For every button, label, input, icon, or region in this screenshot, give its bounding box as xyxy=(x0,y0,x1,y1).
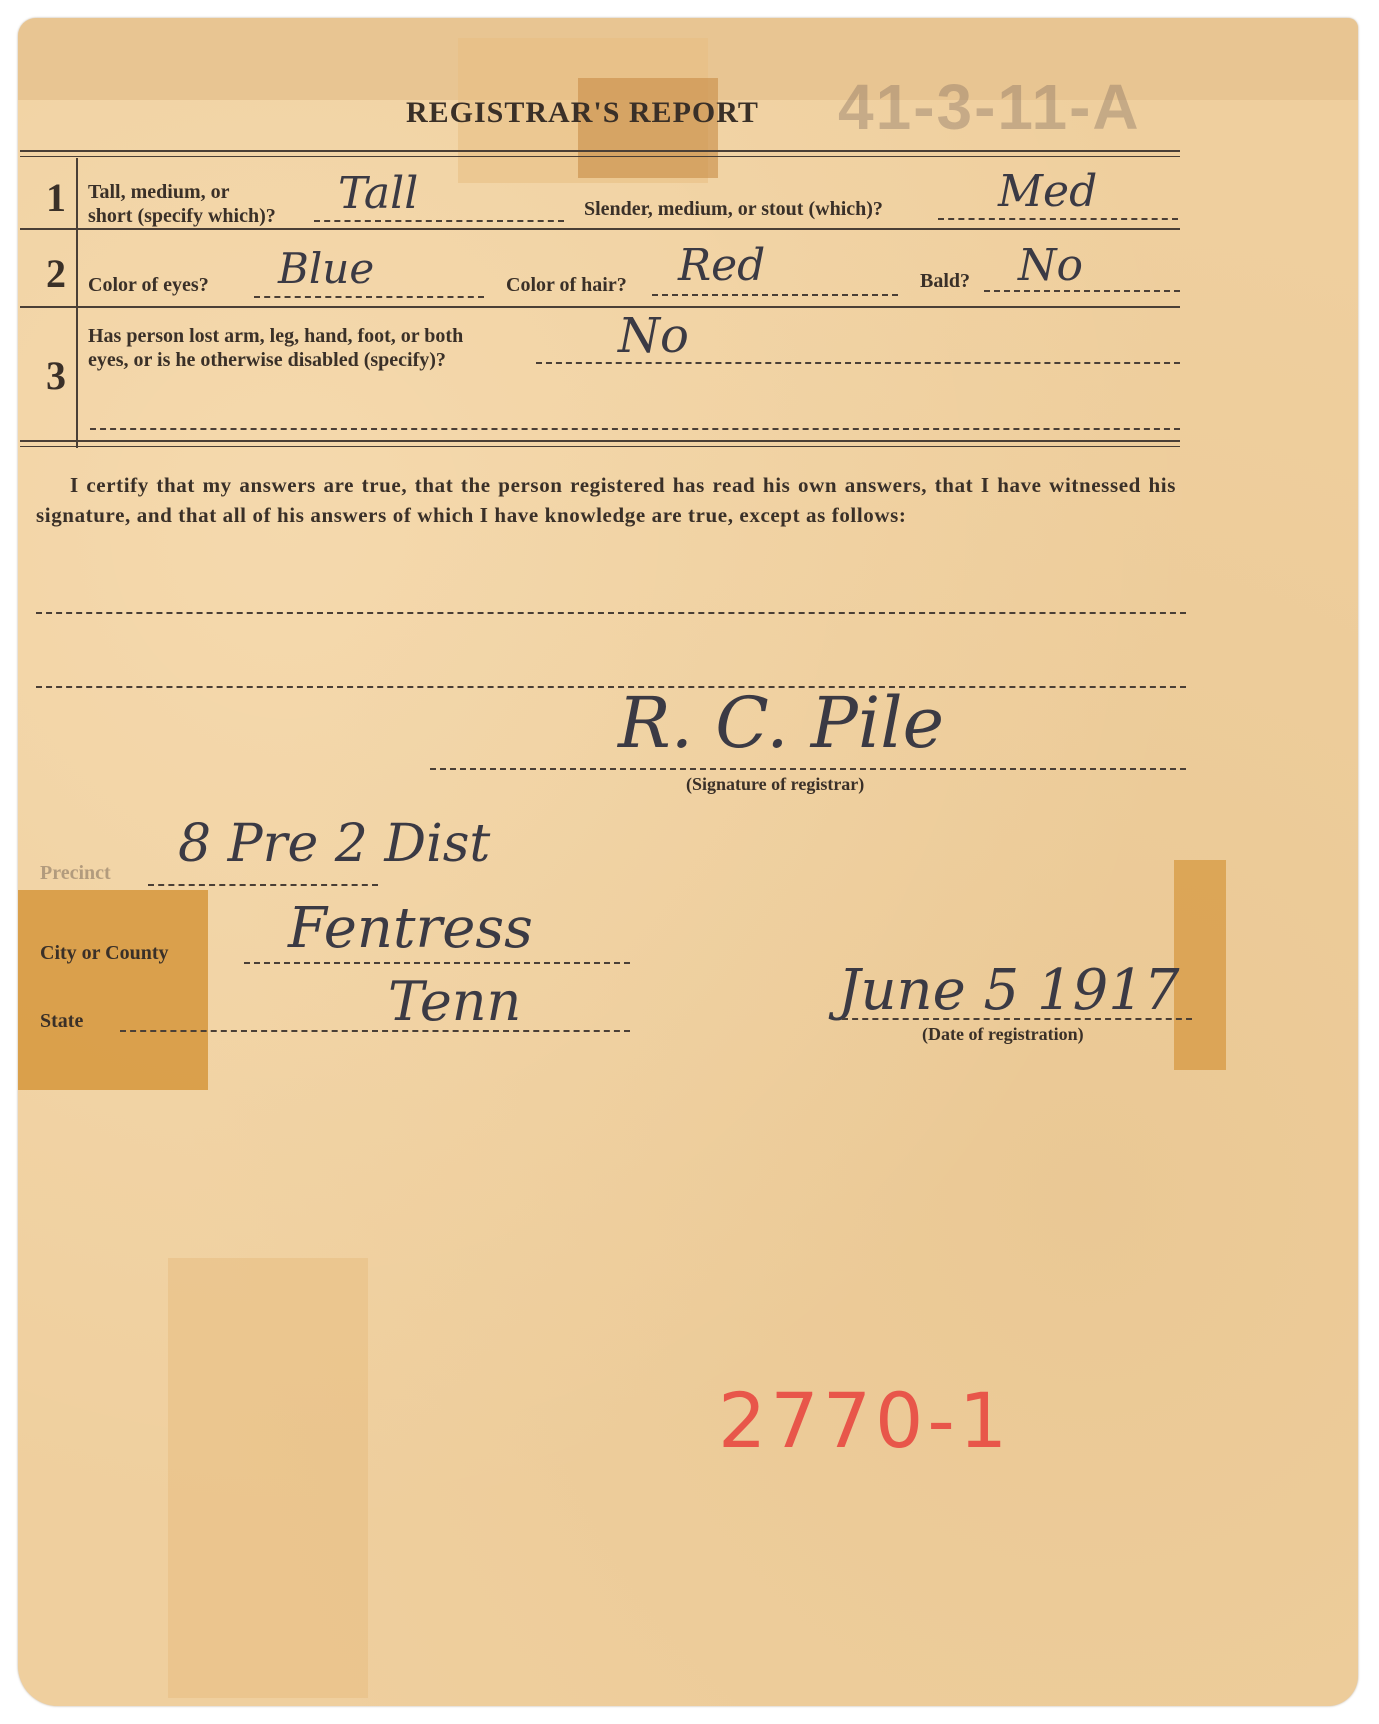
build-question: Slender, medium, or stout (which)? xyxy=(584,198,883,221)
hair-question: Color of hair? xyxy=(506,274,627,297)
stamp-number: 41-3-11-A xyxy=(838,70,1141,144)
signature-caption: (Signature of registrar) xyxy=(686,774,864,795)
precinct-label: Precinct xyxy=(40,862,111,885)
precinct-value: 8 Pre 2 Dist xyxy=(178,814,490,874)
exception-line xyxy=(36,612,1186,614)
tape-bottom xyxy=(168,1258,368,1698)
build-answer: Med xyxy=(998,166,1097,217)
bald-answer: No xyxy=(1018,240,1083,291)
hair-answer: Red xyxy=(678,240,765,291)
height-question: Tall, medium, or short (specify which)? xyxy=(88,180,276,228)
page-title: REGISTRAR'S REPORT xyxy=(406,96,759,130)
divider xyxy=(20,440,1180,442)
answer-line xyxy=(90,428,1180,430)
tape-left xyxy=(18,890,208,1090)
column-divider xyxy=(76,158,78,448)
signature-line xyxy=(430,768,1186,770)
answer-line xyxy=(314,220,564,222)
divider xyxy=(20,446,1180,447)
city-county-label: City or County xyxy=(40,942,169,965)
divider xyxy=(20,156,1180,157)
divider xyxy=(20,228,1180,230)
file-number: 2770-1 xyxy=(718,1376,1011,1465)
disability-answer: No xyxy=(618,308,689,364)
divider xyxy=(20,150,1180,152)
row-number: 2 xyxy=(46,250,66,297)
label-line: short (specify which)? xyxy=(88,204,276,228)
label-line: eyes, or is he otherwise disabled (speci… xyxy=(88,348,463,372)
registrar-report-card: 41-3-11-A REGISTRAR'S REPORT 1 Tall, med… xyxy=(18,18,1358,1706)
state-value: Tenn xyxy=(388,970,521,1033)
state-label: State xyxy=(40,1010,83,1033)
bald-question: Bald? xyxy=(920,270,970,293)
row-number: 3 xyxy=(46,352,66,399)
label-line: Has person lost arm, leg, hand, foot, or… xyxy=(88,324,463,348)
date-caption: (Date of registration) xyxy=(922,1024,1084,1045)
answer-line xyxy=(254,296,484,298)
answer-line xyxy=(938,218,1178,220)
row-number: 1 xyxy=(46,174,66,221)
disability-question: Has person lost arm, leg, hand, foot, or… xyxy=(88,324,463,372)
certification-text: I certify that my answers are true, that… xyxy=(36,470,1176,530)
answer-line xyxy=(652,294,898,296)
eyes-question: Color of eyes? xyxy=(88,274,209,297)
precinct-line xyxy=(148,884,378,886)
registrar-signature: R. C. Pile xyxy=(618,682,944,764)
divider xyxy=(20,306,1180,308)
label-line: Tall, medium, or xyxy=(88,180,276,204)
eyes-answer: Blue xyxy=(278,244,374,293)
city-county-value: Fentress xyxy=(288,896,533,961)
city-county-line xyxy=(244,962,630,964)
tape-right xyxy=(1174,860,1226,1070)
date-line xyxy=(842,1018,1192,1020)
height-answer: Tall xyxy=(338,168,418,219)
exception-line xyxy=(36,686,1186,688)
state-line xyxy=(120,1030,630,1032)
registration-date: June 5 1917 xyxy=(838,958,1179,1023)
